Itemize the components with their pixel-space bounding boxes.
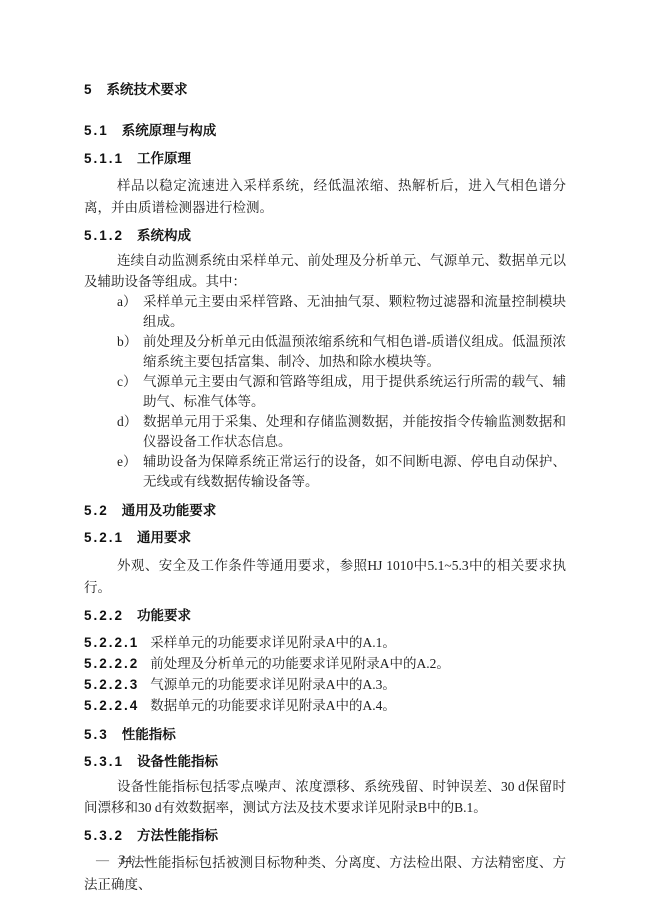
clause-number: 5.2.2.2: [84, 656, 139, 671]
paragraph-system-composition: 连续自动监测系统由采样单元、前处理及分析单元、气源单元、数据单元以及辅助设备等组…: [84, 250, 566, 292]
clause-5-2-2-1: 5.2.2.1采样单元的功能要求详见附录A中的A.1。: [84, 632, 566, 653]
heading-number: 5.3.2: [84, 828, 124, 843]
list-item-text: 前处理及分析单元由低温预浓缩系统和气相色谱-质谱仪组成。低温预浓缩系统主要包括富…: [143, 334, 566, 369]
heading-5-1: 5.1系统原理与构成: [84, 120, 566, 142]
list-marker: a）: [117, 292, 137, 312]
heading-5-1-2: 5.1.2系统构成: [84, 225, 566, 247]
list-item-text: 数据单元用于采集、处理和存储监测数据，并能按指令传输监测数据和仪器设备工作状态信…: [143, 414, 566, 449]
page-footer: —34—: [96, 852, 164, 868]
paragraph-general-requirements: 外观、安全及工作条件等通用要求，参照HJ 1010中5.1~5.3中的相关要求执…: [84, 555, 566, 599]
footer-dash-right: —: [142, 852, 156, 867]
paragraph-equipment-performance: 设备性能指标包括零点噪声、浓度漂移、系统残留、时钟误差、30 d保留时间漂移和3…: [84, 776, 566, 818]
heading-title: 系统构成: [137, 228, 191, 243]
list-marker: d）: [117, 412, 137, 432]
clause-5-2-2-3: 5.2.2.3气源单元的功能要求详见附录A中的A.3。: [84, 674, 566, 695]
heading-5-1-1: 5.1.1工作原理: [84, 148, 566, 170]
heading-title: 功能要求: [137, 608, 191, 623]
heading-title: 方法性能指标: [137, 828, 218, 843]
clause-5-2-2-2: 5.2.2.2前处理及分析单元的功能要求详见附录A中的A.2。: [84, 653, 566, 674]
list-item-text: 气源单元主要由气源和管路等组成，用于提供系统运行所需的载气、辅助气、标准气体等。: [143, 374, 566, 409]
clause-text: 前处理及分析单元的功能要求详见附录A中的A.2。: [150, 656, 450, 671]
heading-number: 5.3.1: [84, 754, 124, 769]
heading-5: 5系统技术要求: [84, 79, 566, 101]
document-page: 5系统技术要求 5.1系统原理与构成 5.1.1工作原理 样品以稳定流速进入采样…: [0, 0, 650, 919]
clause-text: 气源单元的功能要求详见附录A中的A.3。: [150, 677, 396, 692]
list-marker: c）: [117, 372, 137, 392]
heading-5-2-2: 5.2.2功能要求: [84, 605, 566, 627]
heading-number: 5.1: [84, 123, 109, 138]
heading-number: 5.1.1: [84, 151, 124, 166]
heading-title: 系统原理与构成: [122, 123, 217, 138]
list-item-b: b）前处理及分析单元由低温预浓缩系统和气相色谱-质谱仪组成。低温预浓缩系统主要包…: [84, 332, 566, 372]
paragraph-working-principle: 样品以稳定流速进入采样系统，经低温浓缩、热解析后，进入气相色谱分离，并由质谱检测…: [84, 175, 566, 219]
heading-title: 性能指标: [122, 727, 176, 742]
list-item-e: e）辅助设备为保障系统正常运行的设备，如不间断电源、停电自动保护、无线或有线数据…: [84, 452, 566, 492]
list-marker: b）: [117, 332, 137, 352]
page-content: 5系统技术要求 5.1系统原理与构成 5.1.1工作原理 样品以稳定流速进入采样…: [84, 72, 566, 896]
heading-number: 5.2.1: [84, 530, 124, 545]
list-item-text: 辅助设备为保障系统正常运行的设备，如不间断电源、停电自动保护、无线或有线数据传输…: [143, 454, 566, 489]
heading-number: 5.1.2: [84, 228, 124, 243]
list-item-text: 采样单元主要由采样管路、无油抽气泵、颗粒物过滤器和流量控制模块组成。: [143, 294, 566, 329]
clause-number: 5.2.2.3: [84, 677, 139, 692]
clause-text: 采样单元的功能要求详见附录A中的A.1。: [150, 635, 396, 650]
heading-title: 设备性能指标: [137, 754, 218, 769]
clause-text: 数据单元的功能要求详见附录A中的A.4。: [150, 698, 396, 713]
heading-5-2-1: 5.2.1通用要求: [84, 527, 566, 549]
heading-number: 5.2.2: [84, 608, 124, 623]
heading-5-2: 5.2通用及功能要求: [84, 500, 566, 522]
list-item-d: d）数据单元用于采集、处理和存储监测数据，并能按指令传输监测数据和仪器设备工作状…: [84, 412, 566, 452]
clause-5-2-2-4: 5.2.2.4数据单元的功能要求详见附录A中的A.4。: [84, 695, 566, 716]
heading-title: 通用要求: [137, 530, 191, 545]
heading-5-3-1: 5.3.1设备性能指标: [84, 751, 566, 773]
heading-title: 系统技术要求: [107, 82, 188, 97]
heading-number: 5: [84, 82, 94, 97]
list-item-a: a）采样单元主要由采样管路、无油抽气泵、颗粒物过滤器和流量控制模块组成。: [84, 292, 566, 332]
heading-5-3: 5.3性能指标: [84, 724, 566, 746]
heading-number: 5.2: [84, 503, 109, 518]
clause-number: 5.2.2.1: [84, 635, 139, 650]
page-number: 34: [119, 852, 133, 867]
clause-number: 5.2.2.4: [84, 698, 139, 713]
list-item-c: c）气源单元主要由气源和管路等组成，用于提供系统运行所需的载气、辅助气、标准气体…: [84, 372, 566, 412]
footer-dash-left: —: [96, 852, 110, 867]
list-marker: e）: [117, 452, 137, 472]
heading-5-3-2: 5.3.2方法性能指标: [84, 825, 566, 847]
heading-number: 5.3: [84, 727, 109, 742]
heading-title: 工作原理: [137, 151, 191, 166]
heading-title: 通用及功能要求: [122, 503, 217, 518]
